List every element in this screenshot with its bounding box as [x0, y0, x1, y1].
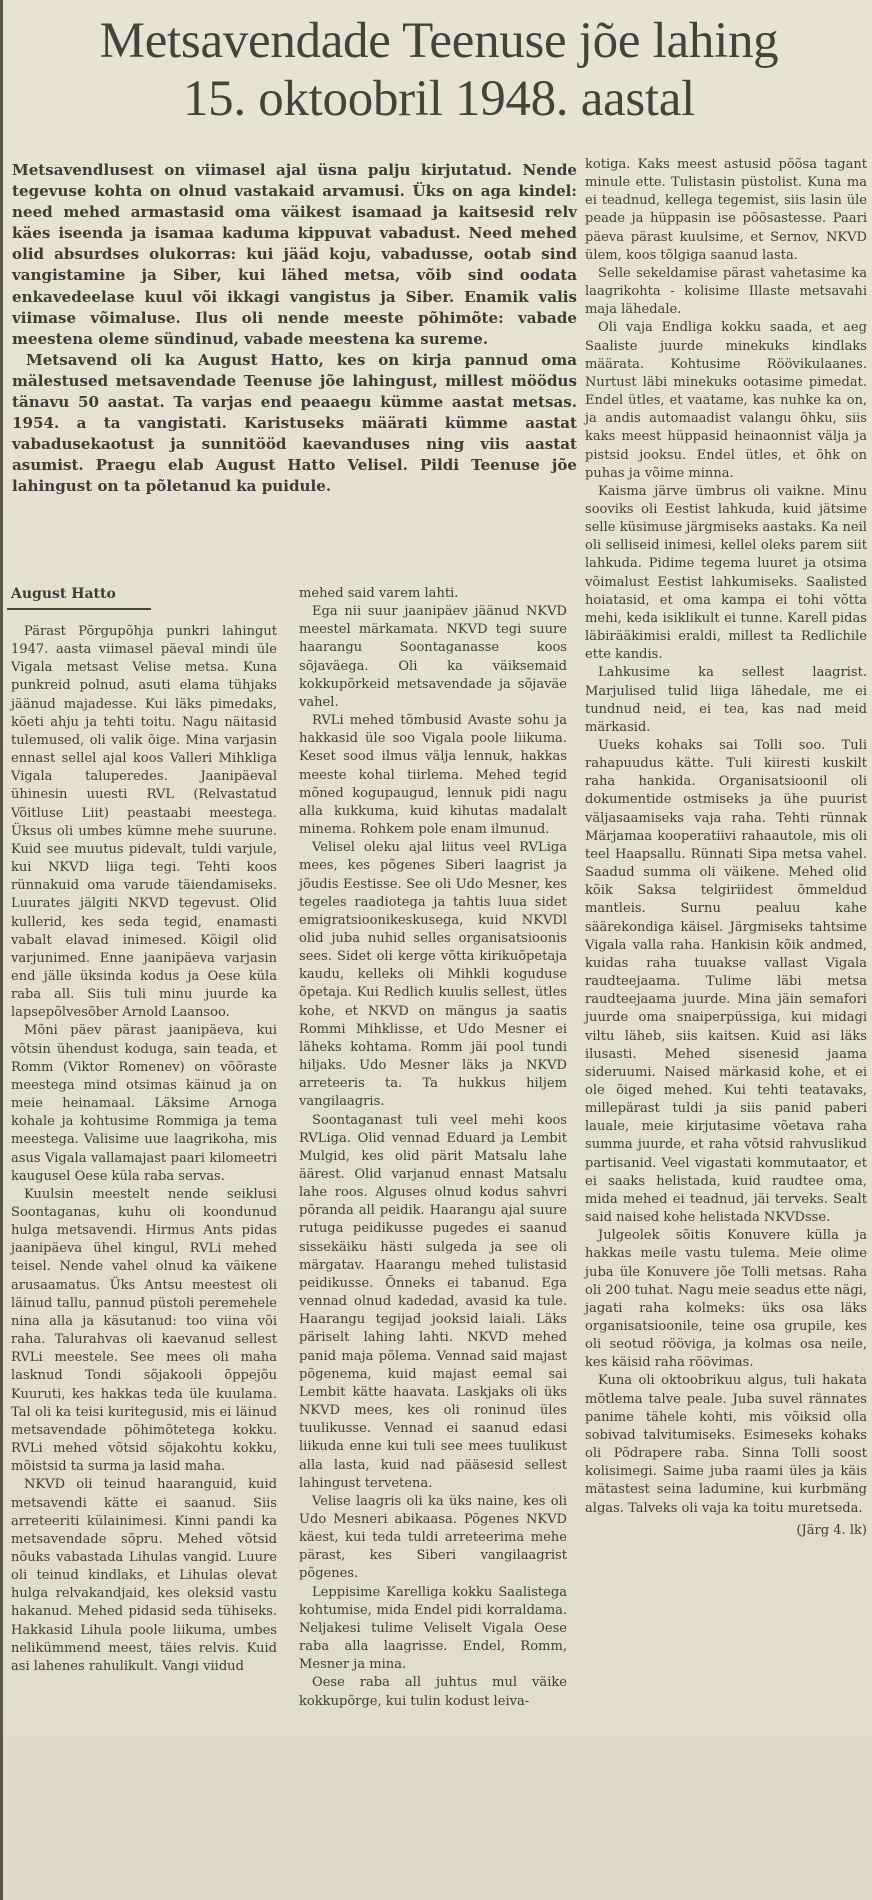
body-paragraph: Julgeolek sõitis Konuvere külla ja hakka…	[585, 1227, 867, 1372]
body-paragraph: Lahkusime ka sellest laagrist. Marjulise…	[585, 664, 867, 737]
body-paragraph: RVLi mehed tõmbusid Avaste sohu ja hakka…	[299, 712, 567, 839]
body-paragraph: kotiga. Kaks meest astusid põõsa tagant …	[585, 156, 867, 265]
text-column-3: kotiga. Kaks meest astusid põõsa tagant …	[585, 156, 867, 1540]
newspaper-page: Metsavendade Teenuse jõe lahing 15. okto…	[0, 0, 872, 1900]
body-paragraph: Selle sekeldamise pärast vahetasime ka l…	[585, 265, 867, 319]
author-byline: August Hatto	[11, 586, 151, 602]
body-paragraph: Mõni päev pärast jaanipäeva, kui võtsin …	[11, 1022, 277, 1185]
lead-paragraph: Metsavend oli ka August Hatto, kes on ki…	[12, 350, 577, 498]
continuation-note: (Järg 4. lk)	[585, 1522, 867, 1540]
byline-divider	[7, 608, 151, 610]
body-paragraph: Soontaganast tuli veel mehi koos RVLiga.…	[299, 1112, 567, 1493]
body-paragraph: Velise laagris oli ka üks naine, kes oli…	[299, 1493, 567, 1584]
text-column-2: mehed said varem lahti. Ega nii suur jaa…	[299, 585, 567, 1711]
body-paragraph: Kuulsin meestelt nende seiklusi Soontaga…	[11, 1186, 277, 1477]
body-paragraph: Kaisma järve ümbrus oli vaikne. Minu soo…	[585, 483, 867, 665]
body-paragraph: Leppisime Karelliga kokku Saalistega koh…	[299, 1584, 567, 1675]
body-paragraph: mehed said varem lahti.	[299, 585, 567, 603]
body-paragraph: Velisel oleku ajal liitus veel RVLiga me…	[299, 839, 567, 1111]
lead-paragraph: Metsavendlusest on viimasel ajal üsna pa…	[12, 160, 577, 350]
body-paragraph: Oese raba all juhtus mul väike kokkupõrg…	[299, 1674, 567, 1710]
body-paragraph: Ega nii suur jaanipäev jäänud NKVD meest…	[299, 603, 567, 712]
body-paragraph: Oli vaja Endliga kokku saada, et aeg Saa…	[585, 319, 867, 482]
article-lead: Metsavendlusest on viimasel ajal üsna pa…	[12, 160, 577, 498]
article-headline: Metsavendade Teenuse jõe lahing 15. okto…	[3, 12, 872, 128]
body-paragraph: Uueks kohaks sai Tolli soo. Tuli rahapuu…	[585, 737, 867, 1227]
headline-line-2: 15. oktoobril 1948. aastal	[3, 70, 872, 128]
body-paragraph: Kuna oli oktoobrikuu algus, tuli hakata …	[585, 1372, 867, 1517]
headline-line-1: Metsavendade Teenuse jõe lahing	[3, 12, 872, 70]
text-column-1: Pärast Põrgupõhja punkri lahingut 1947. …	[11, 623, 277, 1676]
body-paragraph: NKVD oli teinud haaranguid, kuid metsave…	[11, 1476, 277, 1676]
body-paragraph: Pärast Põrgupõhja punkri lahingut 1947. …	[11, 623, 277, 1022]
